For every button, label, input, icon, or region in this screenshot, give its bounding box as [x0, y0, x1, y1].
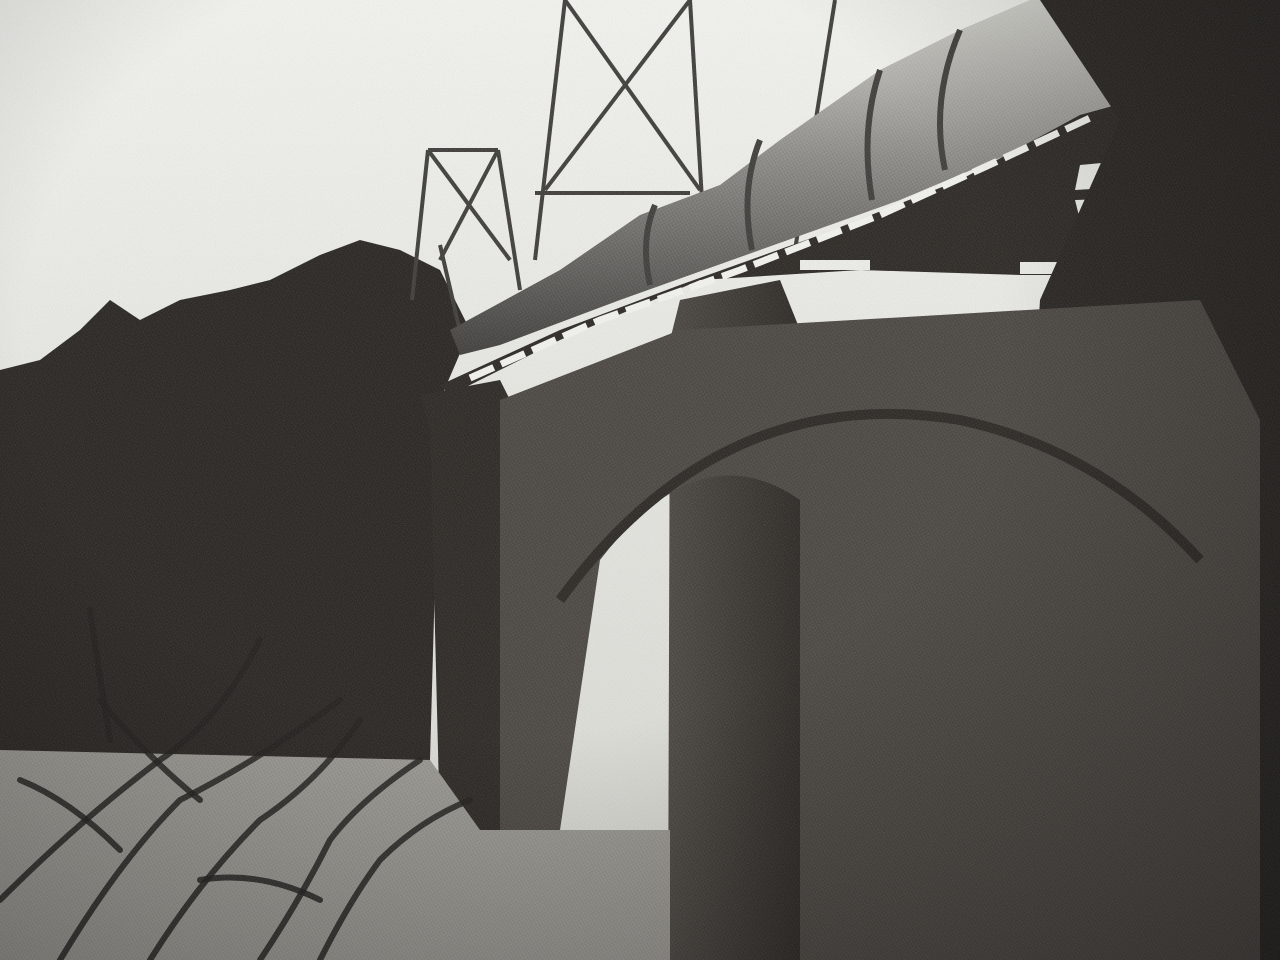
halftone-grain	[0, 0, 1280, 960]
pipeline-bridge-scene	[0, 0, 1280, 960]
photograph: Black-and-white halftone photograph of a…	[0, 0, 1280, 960]
